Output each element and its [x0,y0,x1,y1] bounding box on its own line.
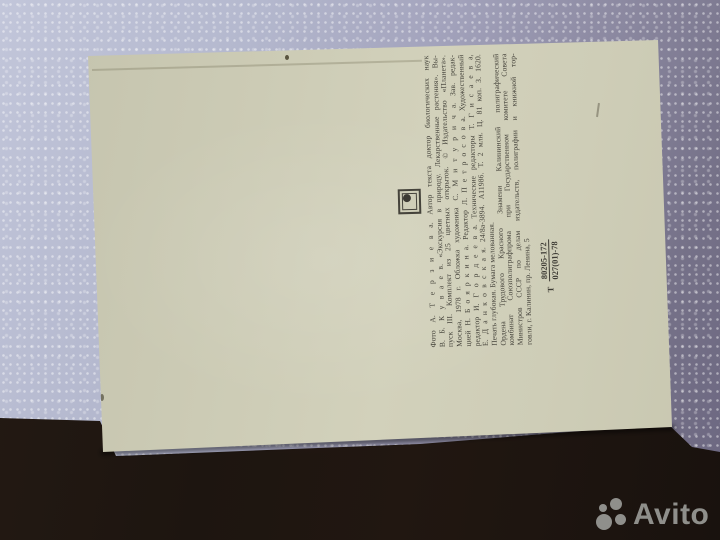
index-code-prefix: Т [545,287,555,293]
planeta-publisher-logo-icon [398,189,422,215]
avito-logo-icon [596,497,628,533]
avito-watermark-text: Avito [633,498,709,532]
colophon-block: Фото А. Т е р з и е в а. Автор текста до… [394,52,580,349]
index-code: Т 80205-172 027(01)-78 [534,52,561,292]
card-scratch [596,103,600,117]
flap-crease-line [92,60,422,71]
avito-watermark: Avito [596,497,709,533]
index-code-fraction: 80205-172 027(01)-78 [538,239,560,282]
index-code-denominator: 027(01)-78 [549,239,560,281]
photo-scene: Фото А. Т е р з и е в а. Автор текста до… [0,0,720,540]
card-speck [285,55,289,60]
colophon-text: Фото А. Т е р з и е в а. Автор текста до… [422,53,534,348]
